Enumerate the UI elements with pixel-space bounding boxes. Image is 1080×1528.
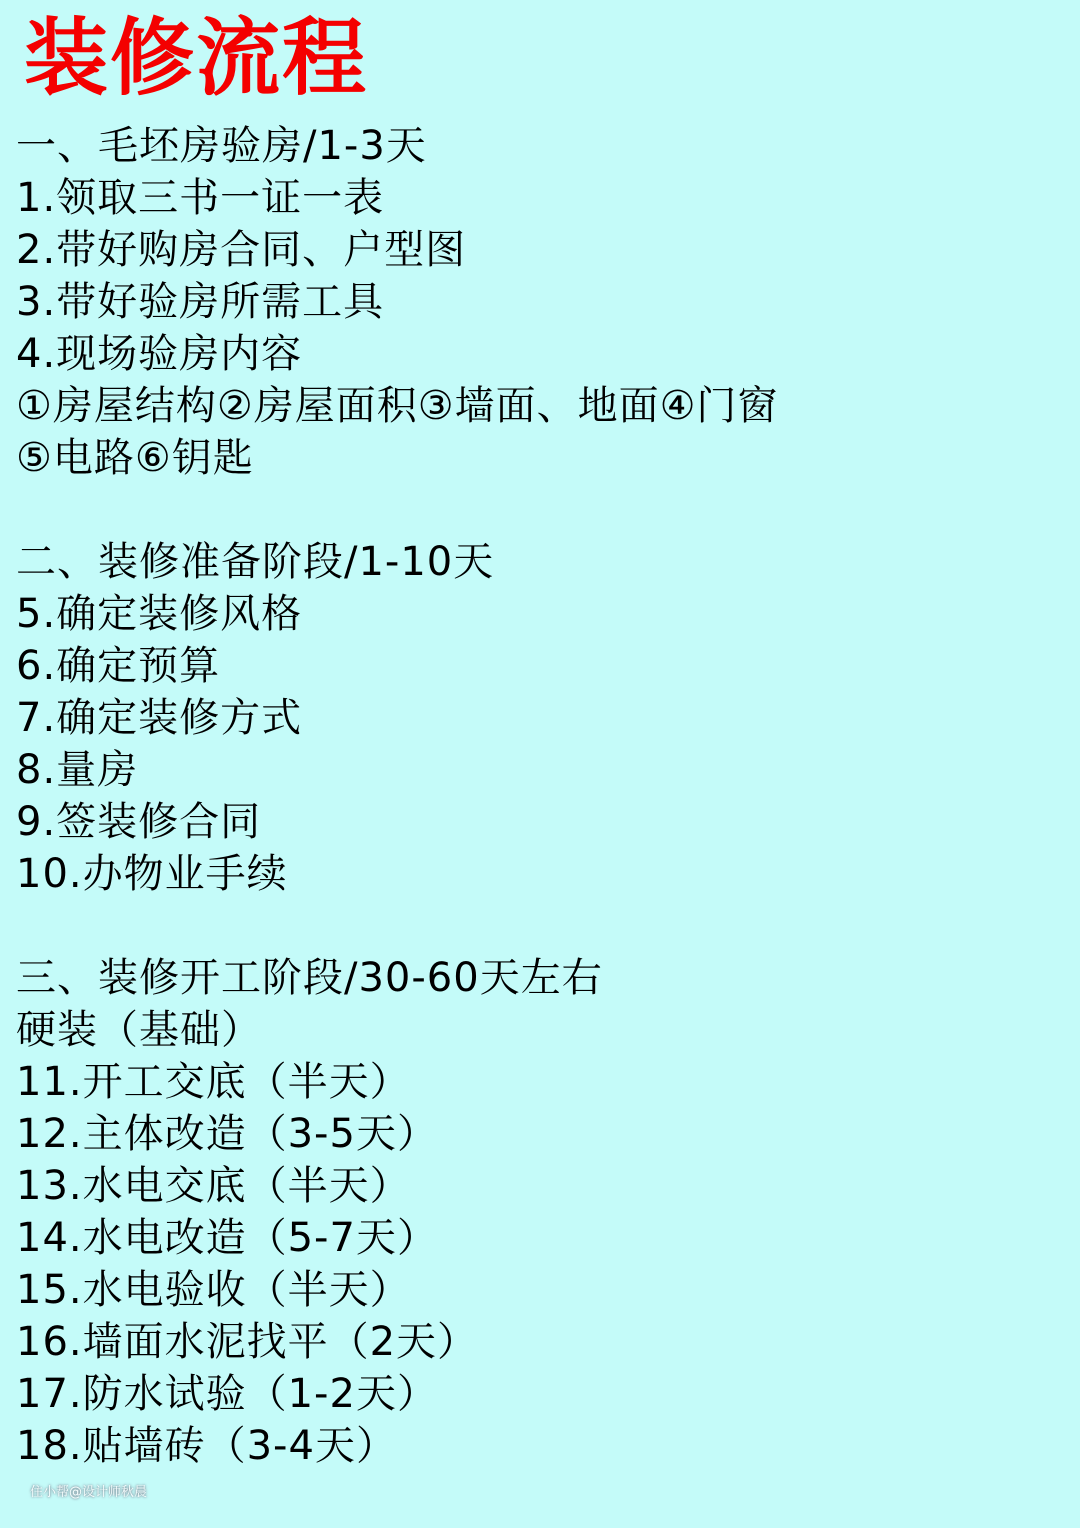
list-item: 16.墙面水泥找平（2天） [16, 1316, 778, 1368]
list-item: 11.开工交底（半天） [16, 1056, 778, 1108]
list-item: 12.主体改造（3-5天） [16, 1108, 778, 1160]
section-heading-3: 三、装修开工阶段/30-60天左右 [16, 952, 778, 1004]
list-item: 14.水电改造（5-7天） [16, 1212, 778, 1264]
list-item: 9.签装修合同 [16, 796, 778, 848]
list-item: 18.贴墙砖（3-4天） [16, 1420, 778, 1472]
spacer [16, 900, 778, 952]
list-item: ⑤电路⑥钥匙 [16, 432, 778, 484]
list-item: 2.带好购房合同、户型图 [16, 224, 778, 276]
list-item: 15.水电验收（半天） [16, 1264, 778, 1316]
list-item: 4.现场验房内容 [16, 328, 778, 380]
list-item: 5.确定装修风格 [16, 588, 778, 640]
section-heading-1: 一、毛坯房验房/1-3天 [16, 120, 778, 172]
list-item: 1.领取三书一证一表 [16, 172, 778, 224]
list-item: 硬装（基础） [16, 1004, 778, 1056]
list-item: 10.办物业手续 [16, 848, 778, 900]
spacer [16, 484, 778, 536]
list-item: 17.防水试验（1-2天） [16, 1368, 778, 1420]
list-item: 6.确定预算 [16, 640, 778, 692]
watermark: 住小帮@设计师秋晨 [30, 1481, 147, 1500]
list-item: ①房屋结构②房屋面积③墙面、地面④门窗 [16, 380, 778, 432]
list-item: 3.带好验房所需工具 [16, 276, 778, 328]
list-item: 8.量房 [16, 744, 778, 796]
list-item: 7.确定装修方式 [16, 692, 778, 744]
list-item: 13.水电交底（半天） [16, 1160, 778, 1212]
section-heading-2: 二、装修准备阶段/1-10天 [16, 536, 778, 588]
process-content: 一、毛坯房验房/1-3天 1.领取三书一证一表 2.带好购房合同、户型图 3.带… [16, 120, 778, 1472]
page-title: 装修流程 [24, 8, 368, 108]
